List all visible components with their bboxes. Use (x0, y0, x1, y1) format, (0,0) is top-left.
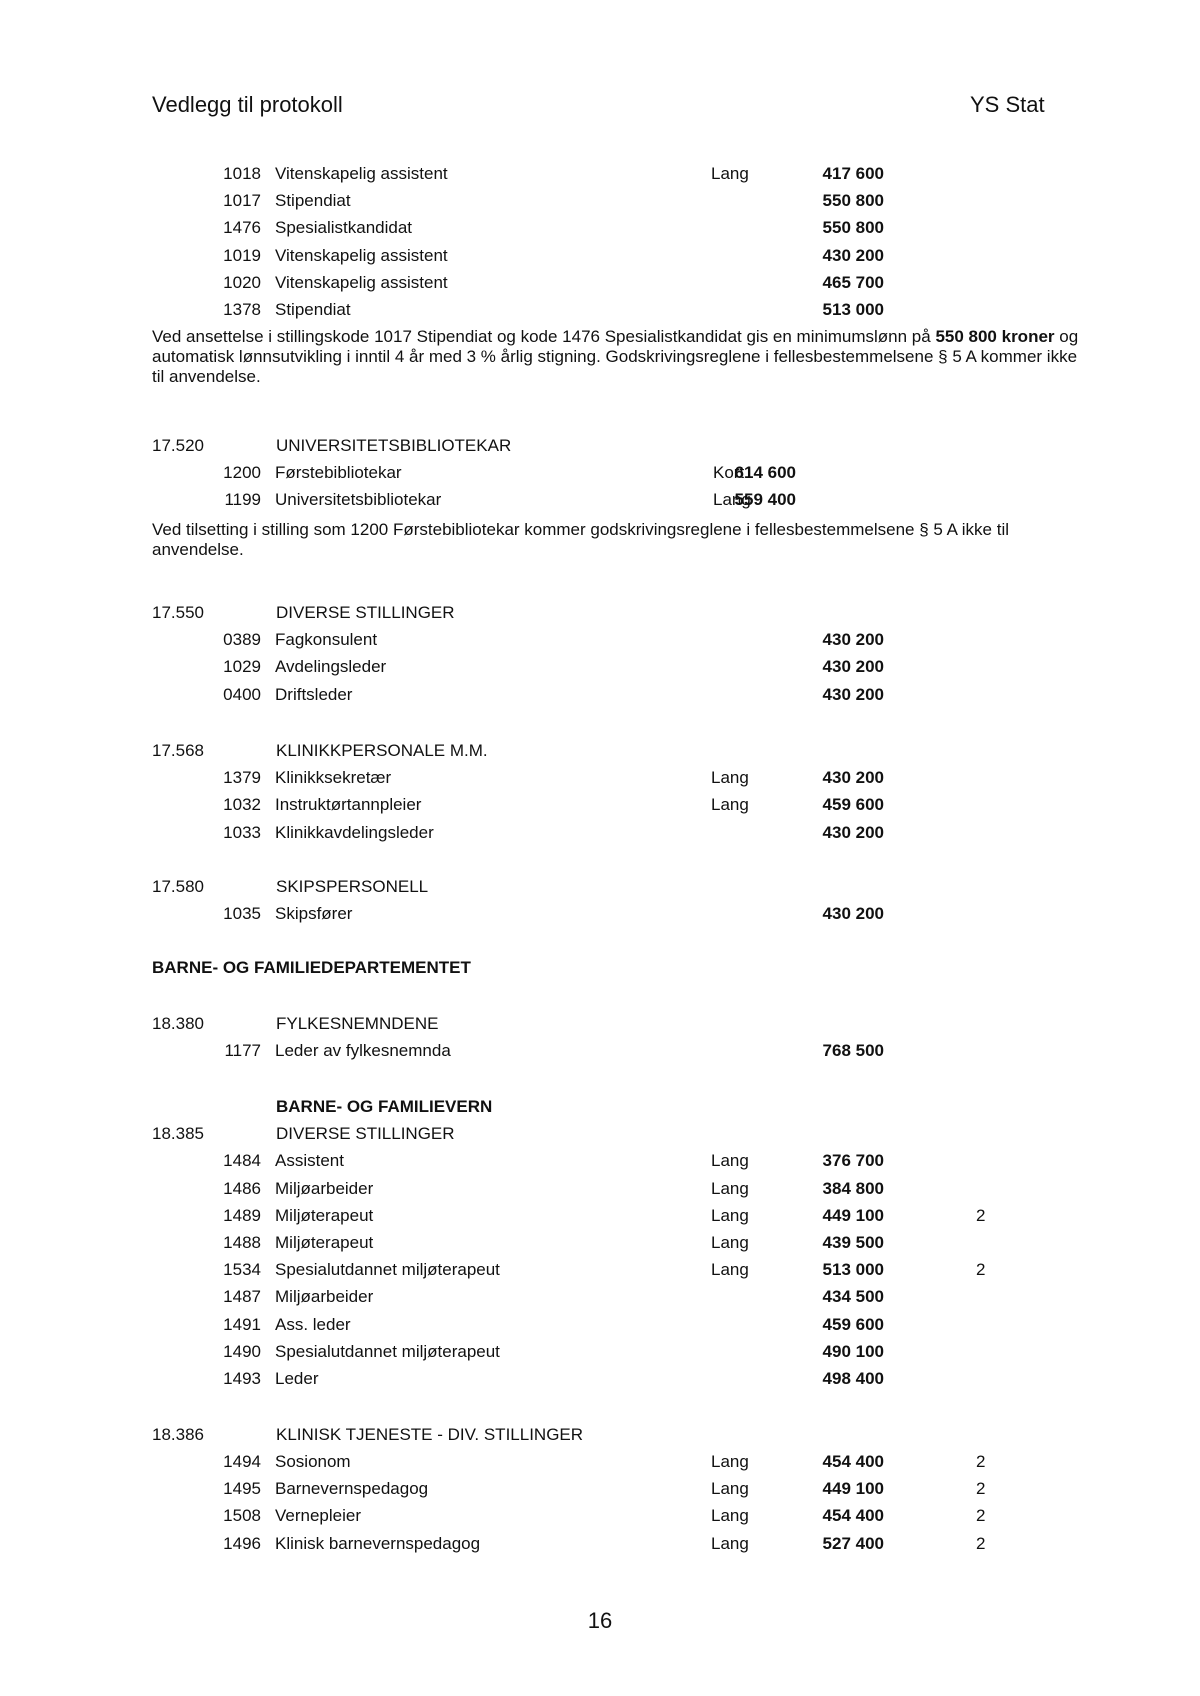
position-title: Driftsleder (275, 685, 352, 705)
ladder-type: Lang (711, 1206, 749, 1226)
position-code: 1487 (201, 1287, 261, 1307)
page-header-left: Vedlegg til protokoll (152, 92, 343, 118)
section-code: 18.385 (152, 1124, 204, 1144)
salary-amount: 459 600 (794, 1315, 884, 1335)
position-code: 1177 (201, 1041, 261, 1061)
position-code: 1495 (201, 1479, 261, 1499)
position-title: Ass. leder (275, 1315, 351, 1335)
position-code: 1489 (201, 1206, 261, 1226)
ladder-type: Lang (711, 795, 749, 815)
position-code: 1534 (201, 1260, 261, 1280)
position-code: 1508 (201, 1506, 261, 1526)
salary-amount: 454 400 (794, 1506, 884, 1526)
position-code: 0389 (201, 630, 261, 650)
section-code: 17.568 (152, 741, 204, 761)
position-code: 1493 (201, 1369, 261, 1389)
position-title: Klinikksekretær (275, 768, 391, 788)
section-title: DIVERSE STILLINGER (276, 1124, 455, 1144)
section-title: UNIVERSITETSBIBLIOTEKAR (276, 436, 511, 456)
footnote-ref: 2 (976, 1534, 985, 1554)
position-title: Spesialutdannet miljøterapeut (275, 1342, 500, 1362)
position-code: 1017 (201, 191, 261, 211)
salary-amount: 430 200 (794, 768, 884, 788)
salary-amount: 454 400 (794, 1452, 884, 1472)
salary-amount: 417 600 (794, 164, 884, 184)
position-code: 1019 (201, 246, 261, 266)
position-title: Vitenskapelig assistent (275, 164, 448, 184)
department-heading: BARNE- OG FAMILIEDEPARTEMENTET (152, 958, 471, 978)
footnote-ref: 2 (976, 1506, 985, 1526)
salary-amount: 513 000 (794, 300, 884, 320)
salary-amount: 384 800 (794, 1179, 884, 1199)
ladder-type: Lang (711, 1260, 749, 1280)
position-title: Vitenskapelig assistent (275, 246, 448, 266)
salary-amount: 527 400 (794, 1534, 884, 1554)
salary-amount: 449 100 (794, 1206, 884, 1226)
subsection-heading: BARNE- OG FAMILIEVERN (276, 1097, 492, 1117)
position-code: 1020 (201, 273, 261, 293)
ladder-type: Lang (711, 164, 749, 184)
position-code: 1018 (201, 164, 261, 184)
position-code: 1199 (201, 490, 261, 510)
position-title: Vernepleier (275, 1506, 361, 1526)
position-title: Vitenskapelig assistent (275, 273, 448, 293)
ladder-type: Lang (711, 1479, 749, 1499)
position-title: Fagkonsulent (275, 630, 377, 650)
position-title: Spesialutdannet miljøterapeut (275, 1260, 500, 1280)
ladder-type: Lang (711, 1534, 749, 1554)
position-code: 1033 (201, 823, 261, 843)
salary-amount: 376 700 (794, 1151, 884, 1171)
position-code: 0400 (201, 685, 261, 705)
position-code: 1490 (201, 1342, 261, 1362)
position-title: Miljøterapeut (275, 1206, 373, 1226)
position-code: 1488 (201, 1233, 261, 1253)
position-code: 1029 (201, 657, 261, 677)
position-code: 1494 (201, 1452, 261, 1472)
section-title: KLINIKKPERSONALE M.M. (276, 741, 488, 761)
position-title: Stipendiat (275, 191, 351, 211)
salary-amount: 430 200 (794, 685, 884, 705)
position-title: Miljøterapeut (275, 1233, 373, 1253)
position-code: 1200 (201, 463, 261, 483)
ladder-type: Lang (711, 1506, 749, 1526)
position-title: Miljøarbeider (275, 1179, 373, 1199)
footnote-ref: 2 (976, 1260, 985, 1280)
salary-amount: 430 200 (794, 246, 884, 266)
position-code: 1491 (201, 1315, 261, 1335)
ladder-type: Lang (711, 1179, 749, 1199)
position-title: Skipsfører (275, 904, 352, 924)
ladder-type: Lang (711, 1233, 749, 1253)
position-title: Universitetsbibliotekar (275, 490, 441, 510)
position-code: 1379 (201, 768, 261, 788)
position-code: 1476 (201, 218, 261, 238)
salary-amount: 513 000 (794, 1260, 884, 1280)
salary-amount: 498 400 (794, 1369, 884, 1389)
section-code: 17.520 (152, 436, 204, 456)
position-code: 1032 (201, 795, 261, 815)
salary-amount: 559 400 (706, 490, 796, 510)
salary-amount: 465 700 (794, 273, 884, 293)
salary-amount: 459 600 (794, 795, 884, 815)
position-title: Assistent (275, 1151, 344, 1171)
ladder-type: Lang (711, 768, 749, 788)
position-code: 1035 (201, 904, 261, 924)
salary-amount: 430 200 (794, 904, 884, 924)
section-title: SKIPSPERSONELL (276, 877, 428, 897)
position-code: 1378 (201, 300, 261, 320)
position-title: Leder (275, 1369, 318, 1389)
salary-amount: 550 800 (794, 218, 884, 238)
salary-amount: 449 100 (794, 1479, 884, 1499)
footnote-ref: 2 (976, 1479, 985, 1499)
footnote-ref: 2 (976, 1452, 985, 1472)
salary-amount: 430 200 (794, 630, 884, 650)
section-note: Ved tilsetting i stilling som 1200 Først… (152, 520, 1092, 560)
footnote-ref: 2 (976, 1206, 985, 1226)
position-code: 1496 (201, 1534, 261, 1554)
salary-amount: 430 200 (794, 823, 884, 843)
page-header-right: YS Stat (970, 92, 1045, 118)
section-code: 18.386 (152, 1425, 204, 1445)
position-title: Sosionom (275, 1452, 351, 1472)
salary-amount: 434 500 (794, 1287, 884, 1307)
section-title: DIVERSE STILLINGER (276, 603, 455, 623)
position-title: Barnevernspedagog (275, 1479, 428, 1499)
position-code: 1486 (201, 1179, 261, 1199)
position-title: Stipendiat (275, 300, 351, 320)
position-title: Instruktørtannpleier (275, 795, 421, 815)
section-code: 18.380 (152, 1014, 204, 1034)
position-title: Avdelingsleder (275, 657, 386, 677)
ladder-type: Lang (711, 1151, 749, 1171)
section-title: KLINISK TJENESTE - DIV. STILLINGER (276, 1425, 583, 1445)
salary-amount: 550 800 (794, 191, 884, 211)
position-code: 1484 (201, 1151, 261, 1171)
position-title: Leder av fylkesnemnda (275, 1041, 451, 1061)
position-title: Spesialistkandidat (275, 218, 412, 238)
salary-amount: 430 200 (794, 657, 884, 677)
section-code: 17.550 (152, 603, 204, 623)
salary-amount: 614 600 (706, 463, 796, 483)
page-number: 16 (0, 1608, 1200, 1634)
position-title: Miljøarbeider (275, 1287, 373, 1307)
salary-amount: 439 500 (794, 1233, 884, 1253)
position-title: Klinisk barnevernspedagog (275, 1534, 480, 1554)
position-title: Klinikkavdelingsleder (275, 823, 434, 843)
salary-amount: 768 500 (794, 1041, 884, 1061)
section-title: FYLKESNEMNDENE (276, 1014, 438, 1034)
section-code: 17.580 (152, 877, 204, 897)
position-title: Førstebibliotekar (275, 463, 402, 483)
salary-amount: 490 100 (794, 1342, 884, 1362)
intro-note: Ved ansettelse i stillingskode 1017 Stip… (152, 327, 1092, 387)
ladder-type: Lang (711, 1452, 749, 1472)
